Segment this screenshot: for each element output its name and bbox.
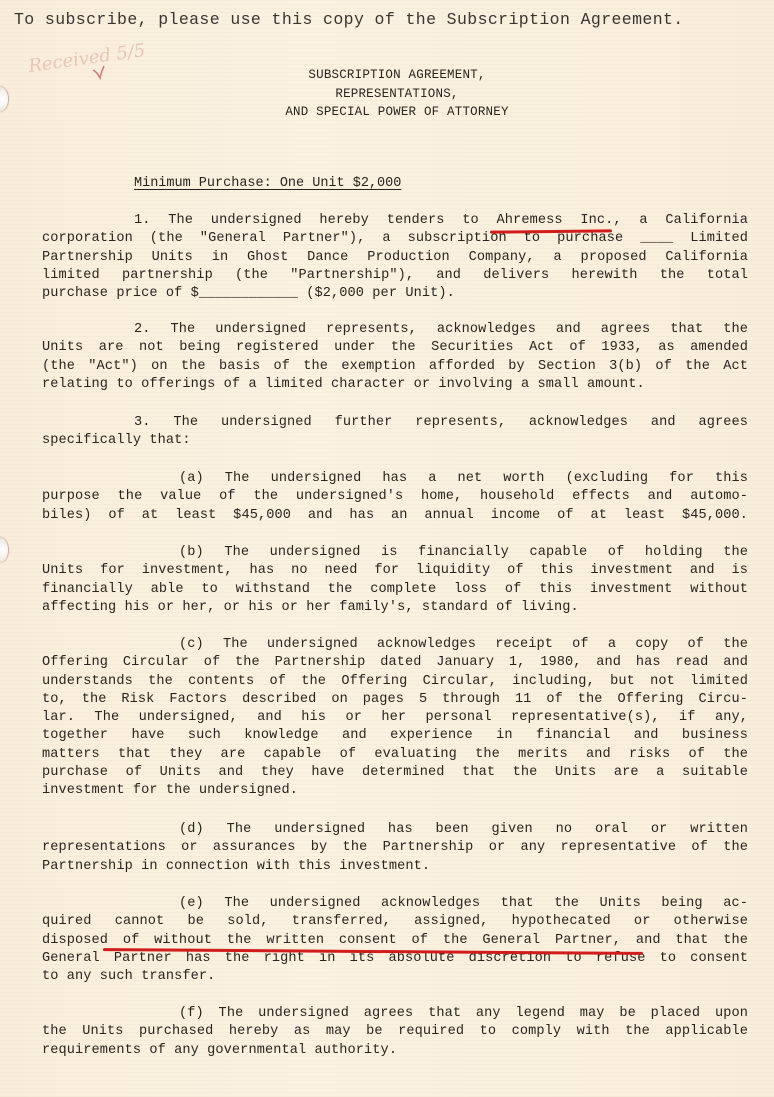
text-line: to, the Risk Factors described on pages …: [42, 691, 748, 709]
text-line: Partnership Units in Ghost Dance Product…: [42, 249, 748, 267]
text-line: 1. The undersigned hereby tenders to Ahr…: [42, 212, 748, 230]
text-line: limited partnership (the "Partnership"),…: [42, 267, 748, 285]
text-line: understands the contents of the Offering…: [42, 673, 748, 691]
text-line: representations or assurances by the Par…: [42, 839, 748, 857]
clause-b: (b) The undersigned is financially capab…: [42, 544, 748, 617]
text-line: financially able to withstand the comple…: [42, 581, 748, 599]
text-line: 3. The undersigned further represents, a…: [42, 414, 748, 432]
text-line: (b) The undersigned is financially capab…: [42, 544, 748, 562]
text-line: quired cannot be sold, transferred, assi…: [42, 913, 748, 931]
text-line: purchase price of $____________ ($2,000 …: [42, 285, 748, 303]
text-line: to any such transfer.: [42, 968, 748, 986]
text-line: together have such knowledge and experie…: [42, 727, 748, 745]
text-line: purchase of Units and they have determin…: [42, 764, 748, 782]
text-line: Offering Circular of the Partnership dat…: [42, 654, 748, 672]
text-line: relating to offerings of a limited chara…: [42, 376, 748, 394]
text-line: lar. The undersigned, and his or her per…: [42, 709, 748, 727]
text-line: Units are not being registered under the…: [42, 339, 748, 357]
text-line: biles) of at least $45,000 and has an an…: [42, 507, 748, 525]
subscribe-note: To subscribe, please use this copy of th…: [14, 10, 764, 29]
text-line: (a) The undersigned has a net worth (exc…: [42, 470, 748, 488]
clause-e: (e) The undersigned acknowledges that th…: [42, 895, 748, 986]
punch-hole: [0, 537, 8, 563]
text-line: (e) The undersigned acknowledges that th…: [42, 895, 748, 913]
text-line: (c) The undersigned acknowledges receipt…: [42, 636, 748, 654]
paragraph-3: 3. The undersigned further represents, a…: [42, 414, 748, 451]
clause-a: (a) The undersigned has a net worth (exc…: [42, 470, 748, 525]
text-line: specifically that:: [42, 432, 748, 450]
text-line: 2. The undersigned represents, acknowled…: [42, 321, 748, 339]
text-line: purpose the value of the undersigned's h…: [42, 488, 748, 506]
text-line: Units for investment, has no need for li…: [42, 562, 748, 580]
text-line: investment for the undersigned.: [42, 782, 748, 800]
text-line: requirements of any governmental authori…: [42, 1042, 748, 1060]
text-line: Partnership in connection with this inve…: [42, 858, 748, 876]
paragraph-1: 1. The undersigned hereby tenders to Ahr…: [42, 212, 748, 303]
clause-f: (f) The undersigned agrees that any lege…: [42, 1005, 748, 1060]
paragraph-2: 2. The undersigned represents, acknowled…: [42, 321, 748, 394]
title-line: AND SPECIAL POWER OF ATTORNEY: [0, 103, 774, 122]
text-line: (the "Act") on the basis of the exemptio…: [42, 358, 748, 376]
title-line: SUBSCRIPTION AGREEMENT,: [0, 66, 774, 85]
text-line: (d) The undersigned has been given no or…: [42, 821, 748, 839]
text-line: matters that they are capable of evaluat…: [42, 746, 748, 764]
document-page: To subscribe, please use this copy of th…: [0, 0, 774, 1097]
title-line: REPRESENTATIONS,: [0, 85, 774, 104]
text-line: (f) The undersigned agrees that any lege…: [42, 1005, 748, 1023]
clause-d: (d) The undersigned has been given no or…: [42, 821, 748, 876]
text-line: the Units purchased hereby as may be req…: [42, 1023, 748, 1041]
text-line: disposed of without the written consent …: [42, 932, 748, 950]
minimum-purchase: Minimum Purchase: One Unit $2,000: [134, 176, 401, 191]
document-title: SUBSCRIPTION AGREEMENT, REPRESENTATIONS,…: [0, 66, 774, 122]
text-line: affecting his or her, or his or her fami…: [42, 599, 748, 617]
clause-c: (c) The undersigned acknowledges receipt…: [42, 636, 748, 801]
text-line: corporation (the "General Partner"), a s…: [42, 230, 748, 248]
